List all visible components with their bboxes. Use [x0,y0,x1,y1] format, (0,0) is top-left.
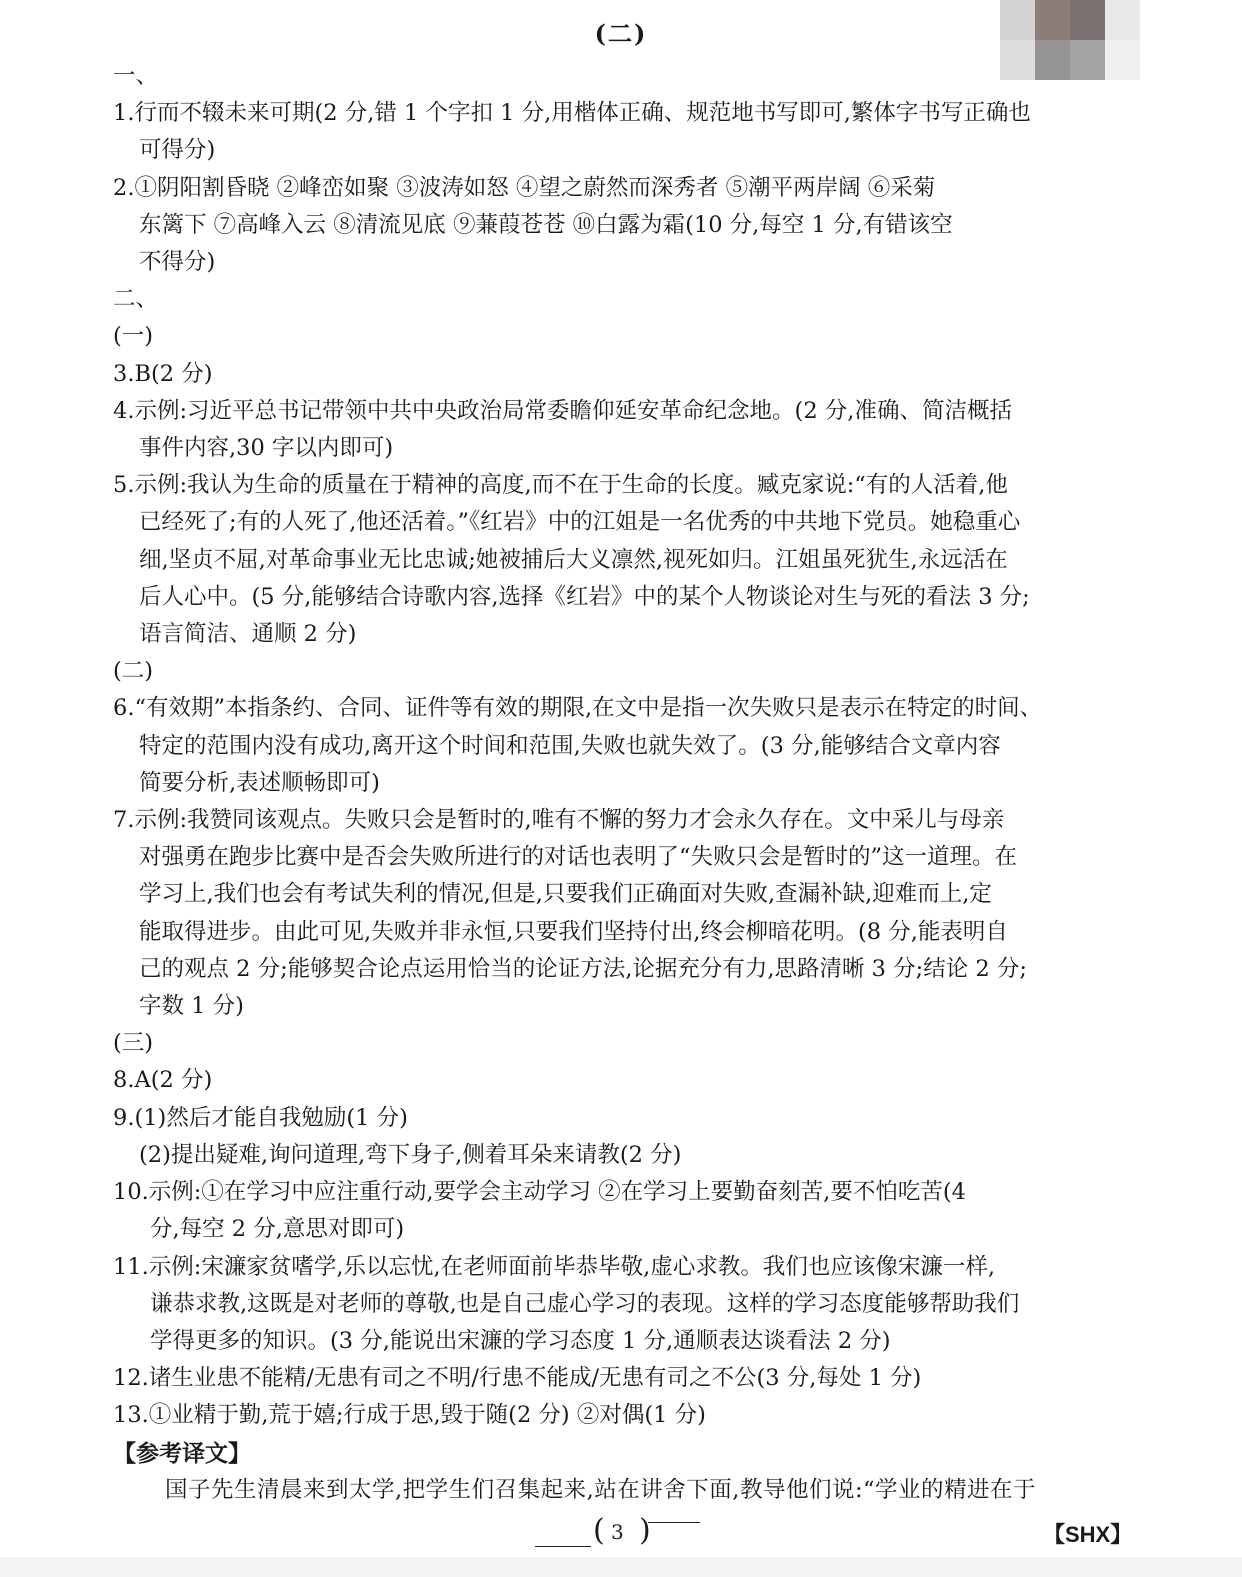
answer-line: 字数 1 分) [113,988,1123,1025]
part-heading: 一、 [113,58,1123,95]
answer-item-9: 9.(1)然后才能自我勉励(1 分) (2)提出疑难,询问道理,弯下身子,侧着耳… [113,1100,1123,1174]
answer-line: 可得分) [113,132,1123,169]
translation-heading: 【参考译文】 [113,1435,1123,1472]
answer-line: 后人心中。(5 分,能够结合诗歌内容,选择《红岩》中的某个人物谈论对生与死的看法… [113,579,1123,616]
answer-key-body: 一、 1.行而不辍未来可期(2 分,错 1 个字扣 1 分,用楷体正确、规范地书… [113,58,1123,1509]
answer-line: 4.示例:习近平总书记带领中共中央政治局常委瞻仰延安革命纪念地。(2 分,准确、… [113,393,1123,430]
answer-line: 7.示例:我赞同该观点。失败只会是暂时的,唯有不懈的努力才会永久存在。文中采儿与… [113,802,1123,839]
answer-line: 语言简洁、通顺 2 分) [113,616,1123,653]
answer-line: 谦恭求教,这既是对老师的尊敬,也是自己虚心学习的表现。这样的学习态度能够帮助我们 [113,1286,1123,1323]
answer-line: 能取得进步。由此可见,失败并非永恒,只要我们坚持付出,终会柳暗花明。(8 分,能… [113,914,1123,951]
answer-line: (2)提出疑难,询问道理,弯下身子,侧着耳朵来请教(2 分) [113,1137,1123,1174]
page-number-badge: ( 3 ) [535,1510,705,1560]
page-footer: ( 3 ) 【SHX】 [0,1510,1242,1560]
answer-line: 细,坚贞不屈,对革命事业无比忠诚;她被捕后大义凛然,视死如归。江姐虽死犹生,永远… [113,542,1123,579]
answer-line: 东篱下 ⑦高峰入云 ⑧清流见底 ⑨蒹葭苍苍 ⑩白露为霜(10 分,每空 1 分,… [113,207,1123,244]
answer-line: 9.(1)然后才能自我勉励(1 分) [113,1100,1123,1137]
part-heading: 二、 [113,281,1123,318]
answer-line: 2.①阴阳割昏晓 ②峰峦如聚 ③波涛如怒 ④望之蔚然而深秀者 ⑤潮平两岸阔 ⑥采… [113,170,1123,207]
answer-item-13: 13.①业精于勤,荒于嬉;行成于思,毁于随(2 分) ②对偶(1 分) [113,1397,1123,1434]
answer-line: 对强勇在跑步比赛中是否会失败所进行的对话也表明了“失败只会是暂时的”这一道理。在 [113,839,1123,876]
right-bracket-icon: ) [639,1516,651,1546]
subsection-heading: (一) [113,318,1123,355]
answer-line: 1.行而不辍未来可期(2 分,错 1 个字扣 1 分,用楷体正确、规范地书写即可… [113,95,1123,132]
answer-item-5: 5.示例:我认为生命的质量在于精神的高度,而不在于生命的长度。臧克家说:“有的人… [113,467,1123,653]
page-title: (二) [0,14,1242,49]
answer-item-7: 7.示例:我赞同该观点。失败只会是暂时的,唯有不懈的努力才会永久存在。文中采儿与… [113,802,1123,1025]
answer-line: 己的观点 2 分;能够契合论点运用恰当的论证方法,论据充分有力,思路清晰 3 分… [113,951,1123,988]
answer-item-8: 8.A(2 分) [113,1062,1123,1099]
answer-line: 特定的范围内没有成功,离开这个时间和范围,失败也就失效了。(3 分,能够结合文章… [113,728,1123,765]
answer-line: 10.示例:①在学习中应注重行动,要学会主动学习 ②在学习上要勤奋刻苦,要不怕吃… [113,1174,1123,1211]
decorative-rule [535,1546,591,1547]
answer-line: 6.“有效期”本指条约、合同、证件等有效的期限,在文中是指一次失败只是表示在特定… [113,690,1123,727]
answer-item-12: 12.诸生业患不能精/无患有司之不明/行患不能成/无患有司之不公(3 分,每处 … [113,1360,1123,1397]
answer-line: 学习上,我们也会有考试失利的情况,但是,只要我们正确面对失败,查漏补缺,迎难而上… [113,876,1123,913]
page-bottom-edge [0,1557,1242,1577]
answer-item-1: 1.行而不辍未来可期(2 分,错 1 个字扣 1 分,用楷体正确、规范地书写即可… [113,95,1123,169]
answer-item-6: 6.“有效期”本指条约、合同、证件等有效的期限,在文中是指一次失败只是表示在特定… [113,690,1123,802]
answer-item-3: 3.B(2 分) [113,356,1123,393]
answer-item-11: 11.示例:宋濂家贫嗜学,乐以忘忧,在老师面前毕恭毕敬,虚心求教。我们也应该像宋… [113,1249,1123,1361]
subsection-heading: (二) [113,653,1123,690]
subsection-heading: (三) [113,1025,1123,1062]
answer-line: 11.示例:宋濂家贫嗜学,乐以忘忧,在老师面前毕恭毕敬,虚心求教。我们也应该像宋… [113,1249,1123,1286]
answer-line: 简要分析,表述顺畅即可) [113,765,1123,802]
left-bracket-icon: ( [593,1516,605,1546]
answer-item-4: 4.示例:习近平总书记带领中共中央政治局常委瞻仰延安革命纪念地。(2 分,准确、… [113,393,1123,467]
answer-item-10: 10.示例:①在学习中应注重行动,要学会主动学习 ②在学习上要勤奋刻苦,要不怕吃… [113,1174,1123,1248]
answer-line: 事件内容,30 字以内即可) [113,430,1123,467]
page-number: 3 [611,1520,624,1544]
answer-line: 5.示例:我认为生命的质量在于精神的高度,而不在于生命的长度。臧克家说:“有的人… [113,467,1123,504]
translation-text: 国子先生清晨来到太学,把学生们召集起来,站在讲舍下面,教导他们说:“学业的精进在… [113,1472,1123,1509]
series-code: 【SHX】 [1043,1518,1132,1549]
answer-line: 已经死了;有的人死了,他还活着。”《红岩》中的江姐是一名优秀的中共地下党员。她稳… [113,504,1123,541]
answer-line: 学得更多的知识。(3 分,能说出宋濂的学习态度 1 分,通顺表达谈看法 2 分) [113,1323,1123,1360]
answer-item-2: 2.①阴阳割昏晓 ②峰峦如聚 ③波涛如怒 ④望之蔚然而深秀者 ⑤潮平两岸阔 ⑥采… [113,170,1123,282]
answer-line: 不得分) [113,244,1123,281]
answer-line: 分,每空 2 分,意思对即可) [113,1211,1123,1248]
decorative-rule [648,1522,700,1523]
